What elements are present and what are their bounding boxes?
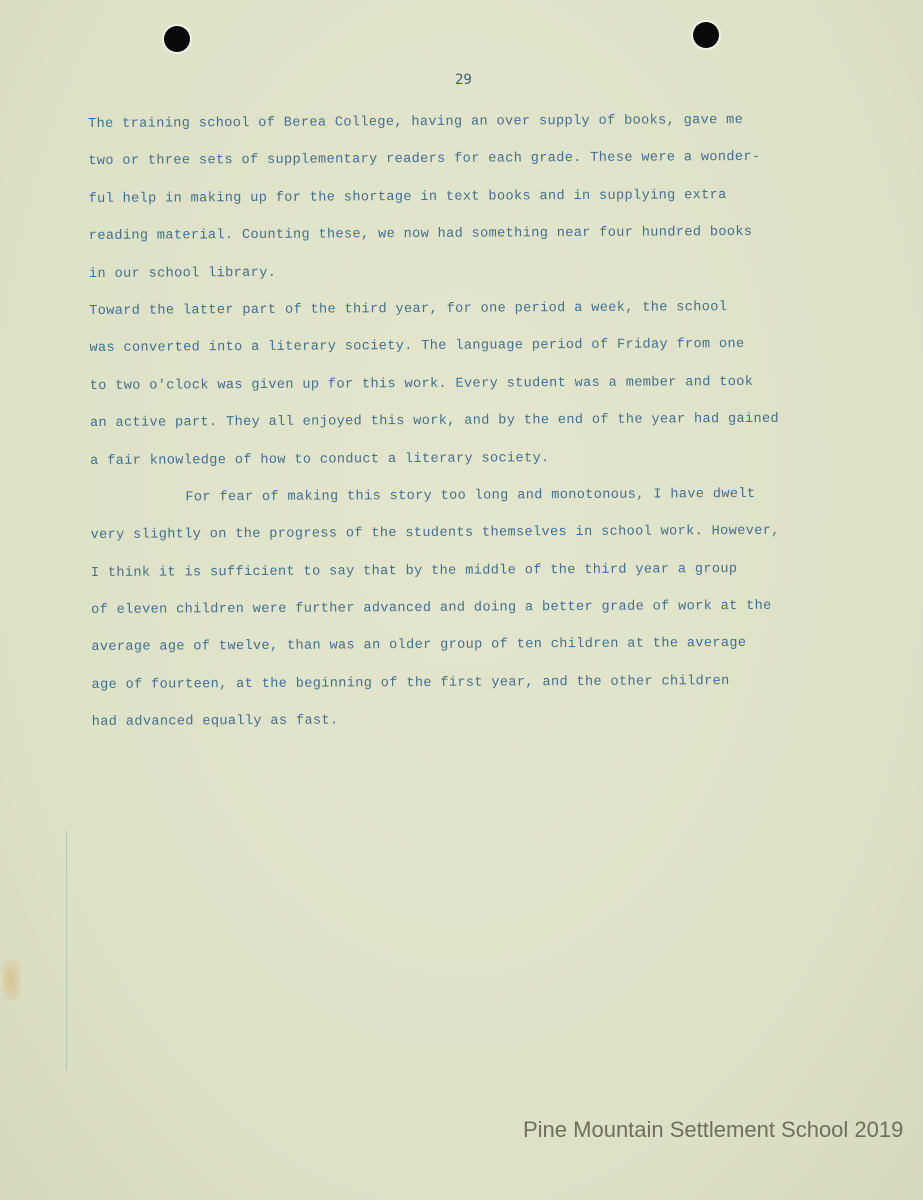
punch-hole-left: [164, 26, 190, 52]
text-line: of eleven children were further advanced…: [91, 587, 851, 629]
text-line: I think it is sufficient to say that by …: [91, 550, 851, 592]
paragraph-2: Toward the latter part of the third year…: [89, 288, 850, 480]
text-line: Toward the latter part of the third year…: [89, 288, 849, 330]
page-number: 29: [455, 72, 472, 88]
text-line: ful help in making up for the shortage i…: [88, 176, 848, 218]
paragraph-1: The training school of Berea College, ha…: [88, 101, 849, 293]
text-line: age of fourteen, at the beginning of the…: [91, 662, 851, 704]
text-line: had advanced equally as fast.: [92, 700, 852, 742]
paper-stain: [2, 960, 20, 1000]
text-line: in our school library.: [89, 251, 849, 293]
text-line: was converted into a literary society. T…: [89, 326, 849, 368]
text-line: a fair knowledge of how to conduct a lit…: [90, 438, 850, 480]
text-line: reading material. Counting these, we now…: [89, 214, 849, 256]
body-text: The training school of Berea College, ha…: [88, 101, 852, 741]
text-line: an active part. They all enjoyed this wo…: [90, 400, 850, 442]
text-line: to two o'clock was given up for this wor…: [90, 363, 850, 405]
watermark: Pine Mountain Settlement School 2019: [523, 1117, 903, 1143]
text-line: two or three sets of supplementary reade…: [88, 139, 848, 181]
punch-hole-right: [693, 22, 719, 48]
margin-line: [66, 830, 67, 1070]
text-line: The training school of Berea College, ha…: [88, 101, 848, 143]
typewritten-page: 29 The training school of Berea College,…: [0, 0, 923, 1200]
text-line: very slightly on the progress of the stu…: [91, 513, 851, 555]
paragraph-3: For fear of making this story too long a…: [90, 475, 852, 741]
text-line: average age of twelve, than was an older…: [91, 625, 851, 667]
text-line: For fear of making this story too long a…: [90, 475, 850, 517]
